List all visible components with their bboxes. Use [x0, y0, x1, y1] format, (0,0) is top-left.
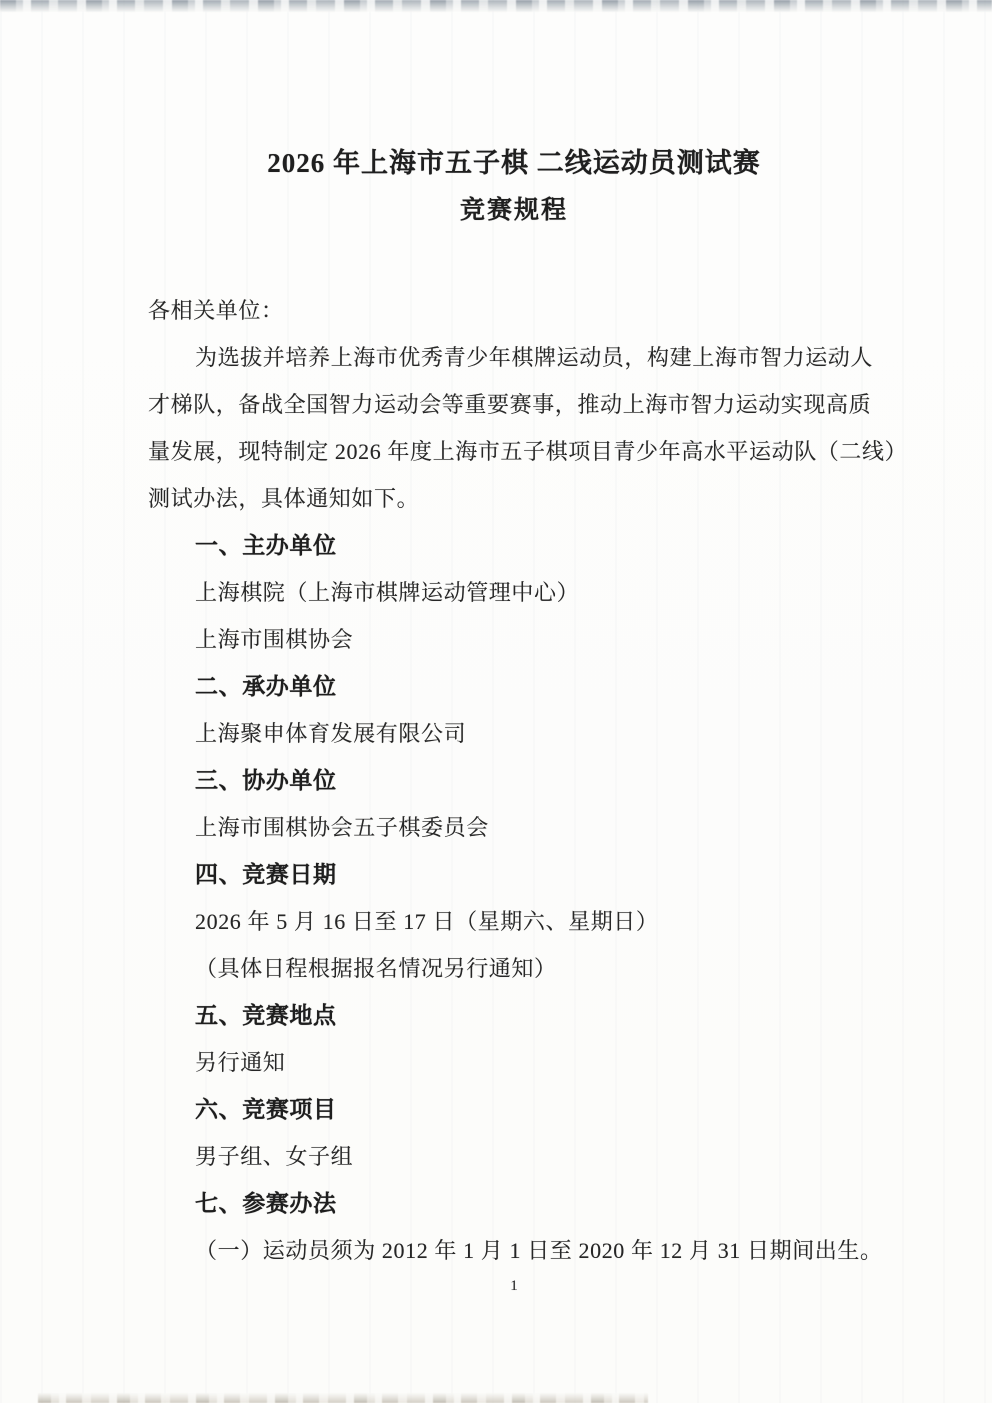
intro-line: 才梯队，备战全国智力运动会等重要赛事，推动上海市智力运动实现高质	[148, 381, 880, 428]
intro-line: 为选拔并培养上海市优秀青少年棋牌运动员，构建上海市智力运动人	[148, 334, 880, 381]
scanned-document-page: 2026 年上海市五子棋 二线运动员测试赛 竞赛规程 各相关单位： 为选拔并培养…	[0, 0, 992, 1403]
section-heading-competition-date: 四、竞赛日期	[148, 851, 880, 898]
section-line: 另行通知	[148, 1039, 880, 1086]
document-subtitle: 竞赛规程	[148, 187, 880, 234]
section-heading-undertaker: 二、承办单位	[148, 663, 880, 710]
page-number: 1	[148, 1274, 880, 1298]
section-line: （具体日程根据报名情况另行通知）	[148, 945, 880, 992]
document-body: 2026 年上海市五子棋 二线运动员测试赛 竞赛规程 各相关单位： 为选拔并培养…	[148, 140, 880, 1274]
section-line: 男子组、女子组	[148, 1133, 880, 1180]
section-heading-competition-events: 六、竞赛项目	[148, 1086, 880, 1133]
section-line: （一）运动员须为 2012 年 1 月 1 日至 2020 年 12 月 31 …	[148, 1227, 880, 1274]
section-heading-organizer: 一、主办单位	[148, 522, 880, 569]
scan-artifact-bottom-edge	[38, 1393, 648, 1403]
intro-line: 测试办法，具体通知如下。	[148, 475, 880, 522]
section-line: 上海市围棋协会	[148, 616, 880, 663]
section-heading-competition-venue: 五、竞赛地点	[148, 992, 880, 1039]
intro-line: 量发展，现特制定 2026 年度上海市五子棋项目青少年高水平运动队（二线）	[148, 428, 880, 475]
section-heading-participation-rules: 七、参赛办法	[148, 1180, 880, 1227]
document-title: 2026 年上海市五子棋 二线运动员测试赛	[148, 140, 880, 187]
title-body-gap	[148, 234, 880, 287]
section-line: 上海聚申体育发展有限公司	[148, 710, 880, 757]
salutation: 各相关单位：	[148, 287, 880, 334]
section-line: 2026 年 5 月 16 日至 17 日（星期六、星期日）	[148, 898, 880, 945]
scan-artifact-top-edge	[0, 0, 992, 12]
section-heading-co-organizer: 三、协办单位	[148, 757, 880, 804]
section-line: 上海棋院（上海市棋牌运动管理中心）	[148, 569, 880, 616]
section-line: 上海市围棋协会五子棋委员会	[148, 804, 880, 851]
